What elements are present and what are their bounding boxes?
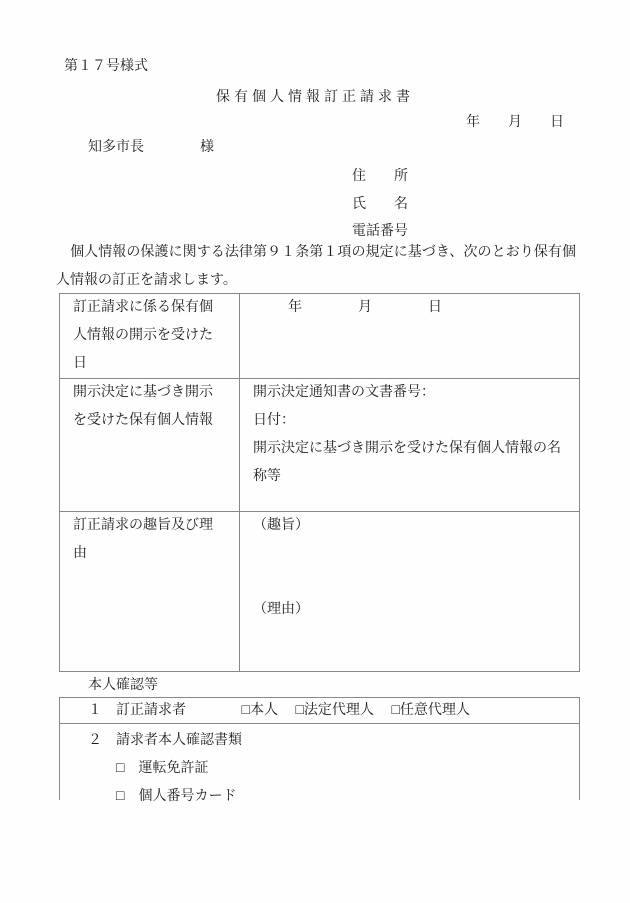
reason-label[interactable]: （理由） bbox=[253, 596, 566, 624]
form-title: 保有個人情報訂正請求書 bbox=[0, 86, 630, 106]
row-header-disclosed-information: 開示決定に基づき開示を受けた保有個人情報 bbox=[60, 379, 240, 512]
phone-field-label[interactable]: 電話番号 bbox=[352, 220, 408, 240]
identity-documents-label: ２ 請求者本人確認書類 bbox=[88, 727, 579, 755]
verification-heading: 本人確認等 bbox=[88, 674, 158, 694]
requester-type-row: １ 訂正請求者 □本人 □法定代理人 □任意代理人 bbox=[60, 698, 579, 724]
main-table: 訂正請求に係る保有個人情報の開示を受けた日 年 月 日 開示決定に基づき開示を受… bbox=[59, 293, 580, 672]
table-row-disclosure-date: 訂正請求に係る保有個人情報の開示を受けた日 年 月 日 bbox=[60, 294, 580, 379]
purport-and-reason-field[interactable]: （趣旨） （理由） bbox=[240, 512, 580, 672]
row-header-purport-and-reason: 訂正請求の趣旨及び理由 bbox=[60, 512, 240, 672]
disclosure-date-placeholder[interactable]: 年 月 日 bbox=[253, 294, 566, 322]
form-number-label: 第１７号様式 bbox=[64, 55, 148, 75]
information-name-line[interactable]: 開示決定に基づき開示を受けた保有個人情報の名称等 bbox=[253, 435, 566, 491]
address-field-label[interactable]: 住 所 bbox=[352, 165, 408, 185]
table-row-disclosed-information: 開示決定に基づき開示を受けた保有個人情報 開示決定通知書の文書番号： 日付： 開… bbox=[60, 379, 580, 512]
request-statement: 個人情報の保護に関する法律第９１条第１項の規定に基づき、次のとおり保有個人情報の… bbox=[56, 239, 576, 295]
checkbox-voluntary-representative[interactable]: □任意代理人 bbox=[391, 703, 469, 718]
checkbox-drivers-license[interactable]: □ 運転免許証 bbox=[88, 755, 579, 783]
row-header-disclosure-date: 訂正請求に係る保有個人情報の開示を受けた日 bbox=[60, 294, 240, 379]
checkbox-self[interactable]: □本人 bbox=[242, 703, 278, 718]
document-number-line[interactable]: 開示決定通知書の文書番号： bbox=[253, 379, 566, 407]
purport-label[interactable]: （趣旨） bbox=[253, 512, 566, 540]
table-row-purport-and-reason: 訂正請求の趣旨及び理由 （趣旨） （理由） bbox=[60, 512, 580, 672]
name-field-label[interactable]: 氏 名 bbox=[352, 193, 408, 213]
submission-date-field[interactable]: 年 月 日 bbox=[0, 111, 564, 131]
identity-documents-row: ２ 請求者本人確認書類 □ 運転免許証 □ 個人番号カード bbox=[60, 724, 579, 811]
disclosed-information-field[interactable]: 開示決定通知書の文書番号： 日付： 開示決定に基づき開示を受けた保有個人情報の名… bbox=[240, 379, 580, 512]
requester-type-label: １ 訂正請求者 bbox=[88, 703, 186, 718]
checkbox-individual-number-card[interactable]: □ 個人番号カード bbox=[88, 783, 579, 811]
checkbox-legal-representative[interactable]: □法定代理人 bbox=[295, 703, 373, 718]
correction-request-form-page: 第１７号様式 保有個人情報訂正請求書 年 月 日 知多市長 様 住 所 氏 名 … bbox=[0, 0, 630, 903]
addressee-label: 知多市長 様 bbox=[88, 136, 214, 156]
verification-table: １ 訂正請求者 □本人 □法定代理人 □任意代理人 ２ 請求者本人確認書類 □ … bbox=[59, 697, 580, 800]
disclosure-date-field[interactable]: 年 月 日 bbox=[240, 294, 580, 379]
notice-date-line[interactable]: 日付： bbox=[253, 407, 566, 435]
